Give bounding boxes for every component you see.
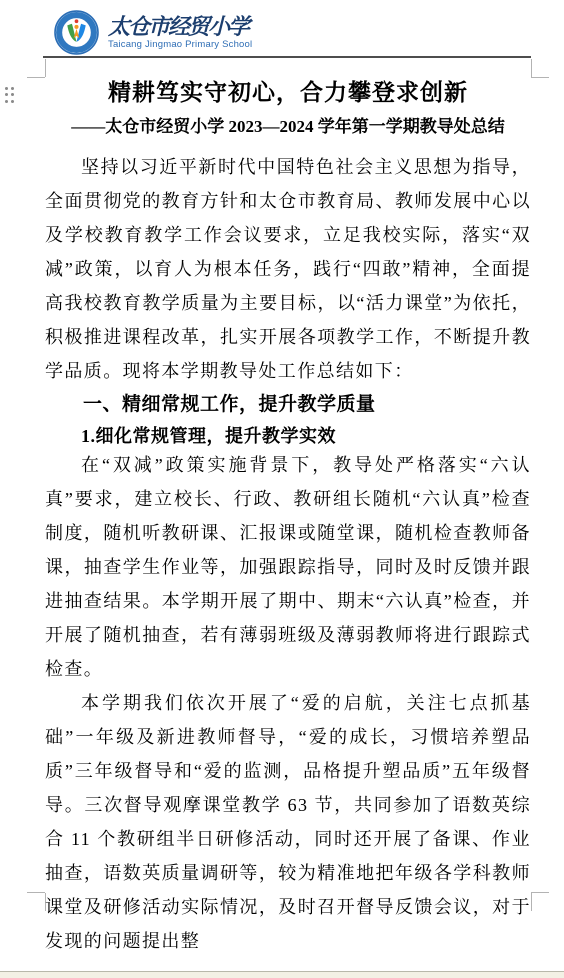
- page-bottom-edge: [0, 971, 564, 978]
- document-page: 太仓市经贸小学 Taicang Jingmao Primary School 精…: [0, 0, 564, 978]
- document-title: 精耕笃实守初心，合力攀登求创新: [45, 77, 531, 107]
- school-name-cn: 太仓市经贸小学: [108, 15, 252, 39]
- document-subtitle: ——太仓市经贸小学 2023—2024 学年第一学期教导处总结: [45, 114, 531, 140]
- school-logo-icon: [54, 10, 99, 55]
- intro-paragraph: 坚持以习近平新时代中国特色社会主义思想为指导，全面贯彻党的教育方针和太仓市教育局…: [45, 150, 531, 388]
- section1-heading: 一、精细常规工作，提升教学质量: [45, 392, 531, 418]
- document-content: 精耕笃实守初心，合力攀登求创新 ——太仓市经贸小学 2023—2024 学年第一…: [45, 76, 531, 958]
- drag-handle-icon[interactable]: [3, 85, 16, 105]
- school-name-en: Taicang Jingmao Primary School: [108, 39, 252, 50]
- page-number: 1: [0, 900, 564, 915]
- header-rule-line: [43, 56, 531, 58]
- text-boundary-mark-top-right: [531, 59, 550, 78]
- section1-subheading: 1.细化常规管理，提升教学实效: [45, 424, 531, 448]
- text-boundary-mark-top-left: [27, 59, 46, 78]
- school-name-block: 太仓市经贸小学 Taicang Jingmao Primary School: [108, 15, 252, 50]
- paragraph-a: 在“双减”政策实施背景下，教导处严格落实“六认真”要求，建立校长、行政、教研组长…: [45, 448, 531, 686]
- paragraph-b: 本学期我们依次开展了“爱的启航，关注七点抓基础”一年级及新进教师督导，“爱的成长…: [45, 686, 531, 958]
